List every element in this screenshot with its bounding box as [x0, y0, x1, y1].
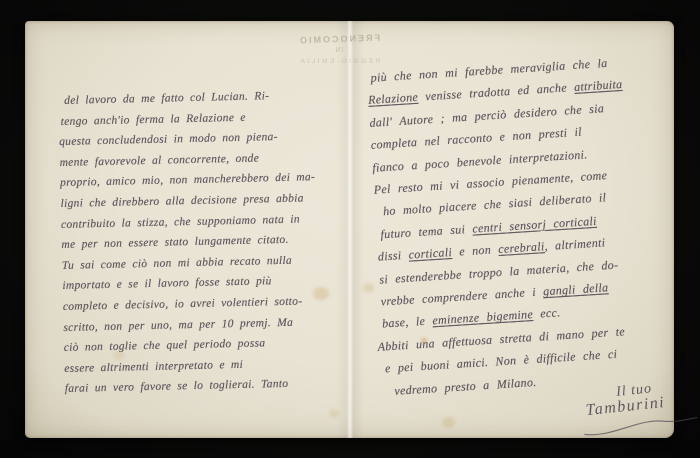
photo-background: FRENOCOMIO IN REGGIO-EMILIA del lavoro d…	[0, 0, 700, 458]
letterhead-line: REGGIO-EMILIA	[281, 58, 397, 65]
foxing-stain	[442, 417, 455, 428]
letterhead-line: IN	[281, 47, 397, 54]
left-page-text: del lavoro da me fatto col Lucian. Ri-te…	[58, 84, 365, 400]
letter-paper: FRENOCOMIO IN REGGIO-EMILIA del lavoro d…	[25, 21, 674, 438]
right-page-text: più che non mi farebbe meraviglia che la…	[366, 48, 687, 402]
foxing-stain	[363, 283, 374, 293]
letterhead-line: FRENOCOMIO	[281, 32, 397, 46]
letterhead-emboss: FRENOCOMIO IN REGGIO-EMILIA	[281, 34, 397, 65]
